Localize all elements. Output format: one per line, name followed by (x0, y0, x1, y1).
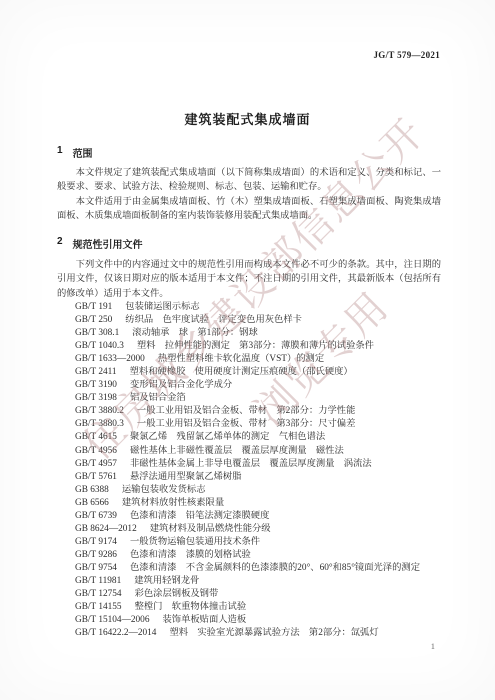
standard-document-page: 住房城乡建设部信息公开 浏览专用 JG/T 579—2021 建筑装配式集成墙面… (0, 0, 495, 700)
reference-item: GB/T 3880.3一般工业用铝及铝合金板、带材 第3部分：尺寸偏差 (75, 418, 420, 431)
reference-item: GB/T 16422.2—2014塑料 实验室光源暴露试验方法 第2部分：氙弧灯 (75, 627, 420, 640)
reference-code: GB 6388 (75, 485, 109, 495)
reference-item: GB/T 5761悬浮法通用型聚氯乙烯树脂 (75, 471, 420, 484)
section-references-label: 规范性引用文件 (73, 236, 143, 251)
reference-title: 塑料 实验室光源暴露试验方法 第2部分：氙弧灯 (169, 628, 378, 638)
reference-item: GB/T 4957非磁性基体金属上非导电覆盖层 覆盖层厚度测量 涡流法 (75, 458, 420, 471)
reference-code: GB/T 16422.2—2014 (75, 628, 156, 638)
reference-title: 一般工业用铝及铝合金板、带材 第2部分：力学性能 (137, 406, 355, 416)
reference-code: GB/T 191 (75, 302, 112, 312)
reference-item: GB 6388运输包装收发货标志 (75, 484, 420, 497)
reference-code: GB/T 5761 (75, 472, 117, 482)
reference-code: GB/T 1040.3 (75, 341, 124, 351)
reference-title: 色漆和清漆 漆膜的划格试验 (130, 550, 251, 560)
references-list: GB/T 191包装储运图示标志 GB/T 250纺织品 色牢度试验 评定变色用… (75, 301, 420, 640)
reference-title: 纺织品 色牢度试验 评定变色用灰色样卡 (125, 315, 302, 325)
reference-item: GB/T 308.1滚动轴承 球 第1部分：钢球 (75, 327, 420, 340)
reference-title: 建筑材料放射性核素限量 (122, 498, 224, 508)
reference-title: 铝及铝合金箔 (130, 393, 186, 403)
reference-code: GB/T 4956 (75, 446, 117, 456)
reference-code: GB/T 12754 (75, 589, 122, 599)
reference-title: 非磁性基体金属上非导电覆盖层 覆盖层厚度测量 涡流法 (130, 459, 372, 469)
reference-item: GB/T 4615聚氯乙烯 残留氯乙烯单体的测定 气相色谱法 (75, 431, 420, 444)
reference-item: GB 6566建筑材料放射性核素限量 (75, 497, 420, 510)
reference-code: GB/T 15104—2006 (75, 615, 149, 625)
reference-title: 磁性基体上非磁性覆盖层 覆盖层厚度测量 磁性法 (130, 446, 344, 456)
reference-item: GB/T 9754色漆和清漆 不含金属颜料的色漆漆膜的20°、60°和85°镜面… (75, 562, 420, 575)
reference-code: GB/T 250 (75, 315, 112, 325)
section-references-heading: 2 规范性引用文件 (57, 236, 143, 251)
section-scope-number: 1 (57, 145, 63, 160)
reference-item: GB/T 250纺织品 色牢度试验 评定变色用灰色样卡 (75, 314, 420, 327)
reference-title: 变形铝及铝合金化学成分 (130, 380, 232, 390)
reference-title: 整樘门 软重物体撞击试验 (135, 602, 247, 612)
reference-item: GB/T 1633—2000热塑性塑料维卡软化温度（VST）的测定 (75, 353, 420, 366)
reference-title: 包装储运图示标志 (125, 302, 199, 312)
reference-item: GB/T 4956磁性基体上非磁性覆盖层 覆盖层厚度测量 磁性法 (75, 445, 420, 458)
reference-code: GB/T 4957 (75, 459, 117, 469)
reference-item: GB/T 1040.3塑料 拉伸性能的测定 第3部分：薄膜和薄片的试验条件 (75, 340, 420, 353)
reference-code: GB/T 1633—2000 (75, 354, 145, 364)
reference-code: GB/T 2411 (75, 367, 117, 377)
reference-title: 塑料和硬橡胶 使用硬度计测定压痕硬度（邵氏硬度） (130, 367, 353, 377)
reference-code: GB 6566 (75, 498, 109, 508)
reference-item: GB/T 14155整樘门 软重物体撞击试验 (75, 601, 420, 614)
section-references-number: 2 (57, 236, 63, 251)
reference-code: GB/T 3880.3 (75, 419, 124, 429)
reference-title: 热塑性塑料维卡软化温度（VST）的测定 (158, 354, 324, 364)
section-scope-heading: 1 范围 (57, 145, 93, 160)
reference-code: GB/T 6739 (75, 511, 117, 521)
reference-item: GB/T 3190变形铝及铝合金化学成分 (75, 379, 420, 392)
reference-item: GB/T 3880.2一般工业用铝及铝合金板、带材 第2部分：力学性能 (75, 405, 420, 418)
reference-title: 建筑用轻钢龙骨 (134, 576, 199, 586)
reference-title: 运输包装收发货标志 (122, 485, 206, 495)
reference-title: 聚氯乙烯 残留氯乙烯单体的测定 气相色谱法 (130, 432, 325, 442)
reference-code: GB 8624—2012 (75, 524, 137, 534)
reference-item: GB 8624—2012建筑材料及制品燃烧性能分级 (75, 523, 420, 536)
reference-code: GB/T 9174 (75, 537, 117, 547)
reference-title: 一般工业用铝及铝合金板、带材 第3部分：尺寸偏差 (137, 419, 355, 429)
reference-title: 悬浮法通用型聚氯乙烯树脂 (130, 472, 242, 482)
reference-code: GB/T 14155 (75, 602, 122, 612)
references-intro: 下列文件中的内容通过文中的规范性引用而构成本文件必不可少的条款。其中，注日期的引… (57, 258, 441, 301)
reference-title: 一般货物运输包装通用技术条件 (130, 537, 260, 547)
reference-title: 装饰单板贴面人造板 (162, 615, 246, 625)
reference-code: GB/T 4615 (75, 432, 117, 442)
reference-code: GB/T 9754 (75, 563, 117, 573)
scope-paragraphs: 本文件规定了建筑装配式集成墙面（以下简称集成墙面）的术语和定义、分类和标记、一般… (57, 166, 441, 223)
scope-paragraph-1: 本文件规定了建筑装配式集成墙面（以下简称集成墙面）的术语和定义、分类和标记、一般… (57, 166, 441, 195)
reference-item: GB/T 3198铝及铝合金箔 (75, 392, 420, 405)
page-number: 1 (431, 641, 435, 651)
references-intro-paragraph: 下列文件中的内容通过文中的规范性引用而构成本文件必不可少的条款。其中，注日期的引… (57, 258, 441, 301)
standard-number: JG/T 579—2021 (374, 50, 441, 60)
reference-code: GB/T 3880.2 (75, 406, 124, 416)
reference-code: GB/T 3190 (75, 380, 117, 390)
document-title: 建筑装配式集成墙面 (0, 109, 495, 128)
section-scope-label: 范围 (73, 145, 93, 160)
reference-code: GB/T 11981 (75, 576, 121, 586)
reference-title: 色漆和清漆 不含金属颜料的色漆漆膜的20°、60°和85°镜面光泽的测定 (130, 563, 420, 573)
reference-item: GB/T 11981建筑用轻钢龙骨 (75, 575, 420, 588)
reference-code: GB/T 308.1 (75, 328, 119, 338)
scope-paragraph-2: 本文件适用于由金属集成墙面板、竹（木）塑集成墙面板、石塑集成墙面板、陶瓷集成墙面… (57, 195, 441, 224)
reference-item: GB/T 191包装储运图示标志 (75, 301, 420, 314)
reference-item: GB/T 6739色漆和清漆 铅笔法测定漆膜硬度 (75, 510, 420, 523)
reference-title: 彩色涂层钢板及钢带 (135, 589, 219, 599)
reference-code: GB/T 9286 (75, 550, 117, 560)
reference-title: 建筑材料及制品燃烧性能分级 (150, 524, 271, 534)
reference-item: GB/T 9286色漆和清漆 漆膜的划格试验 (75, 549, 420, 562)
reference-code: GB/T 3198 (75, 393, 117, 403)
reference-title: 塑料 拉伸性能的测定 第3部分：薄膜和薄片的试验条件 (137, 341, 374, 351)
reference-item: GB/T 15104—2006装饰单板贴面人造板 (75, 614, 420, 627)
reference-item: GB/T 2411塑料和硬橡胶 使用硬度计测定压痕硬度（邵氏硬度） (75, 366, 420, 379)
reference-title: 色漆和清漆 铅笔法测定漆膜硬度 (130, 511, 269, 521)
reference-item: GB/T 9174一般货物运输包装通用技术条件 (75, 536, 420, 549)
reference-item: GB/T 12754彩色涂层钢板及钢带 (75, 588, 420, 601)
reference-title: 滚动轴承 球 第1部分：钢球 (132, 328, 258, 338)
